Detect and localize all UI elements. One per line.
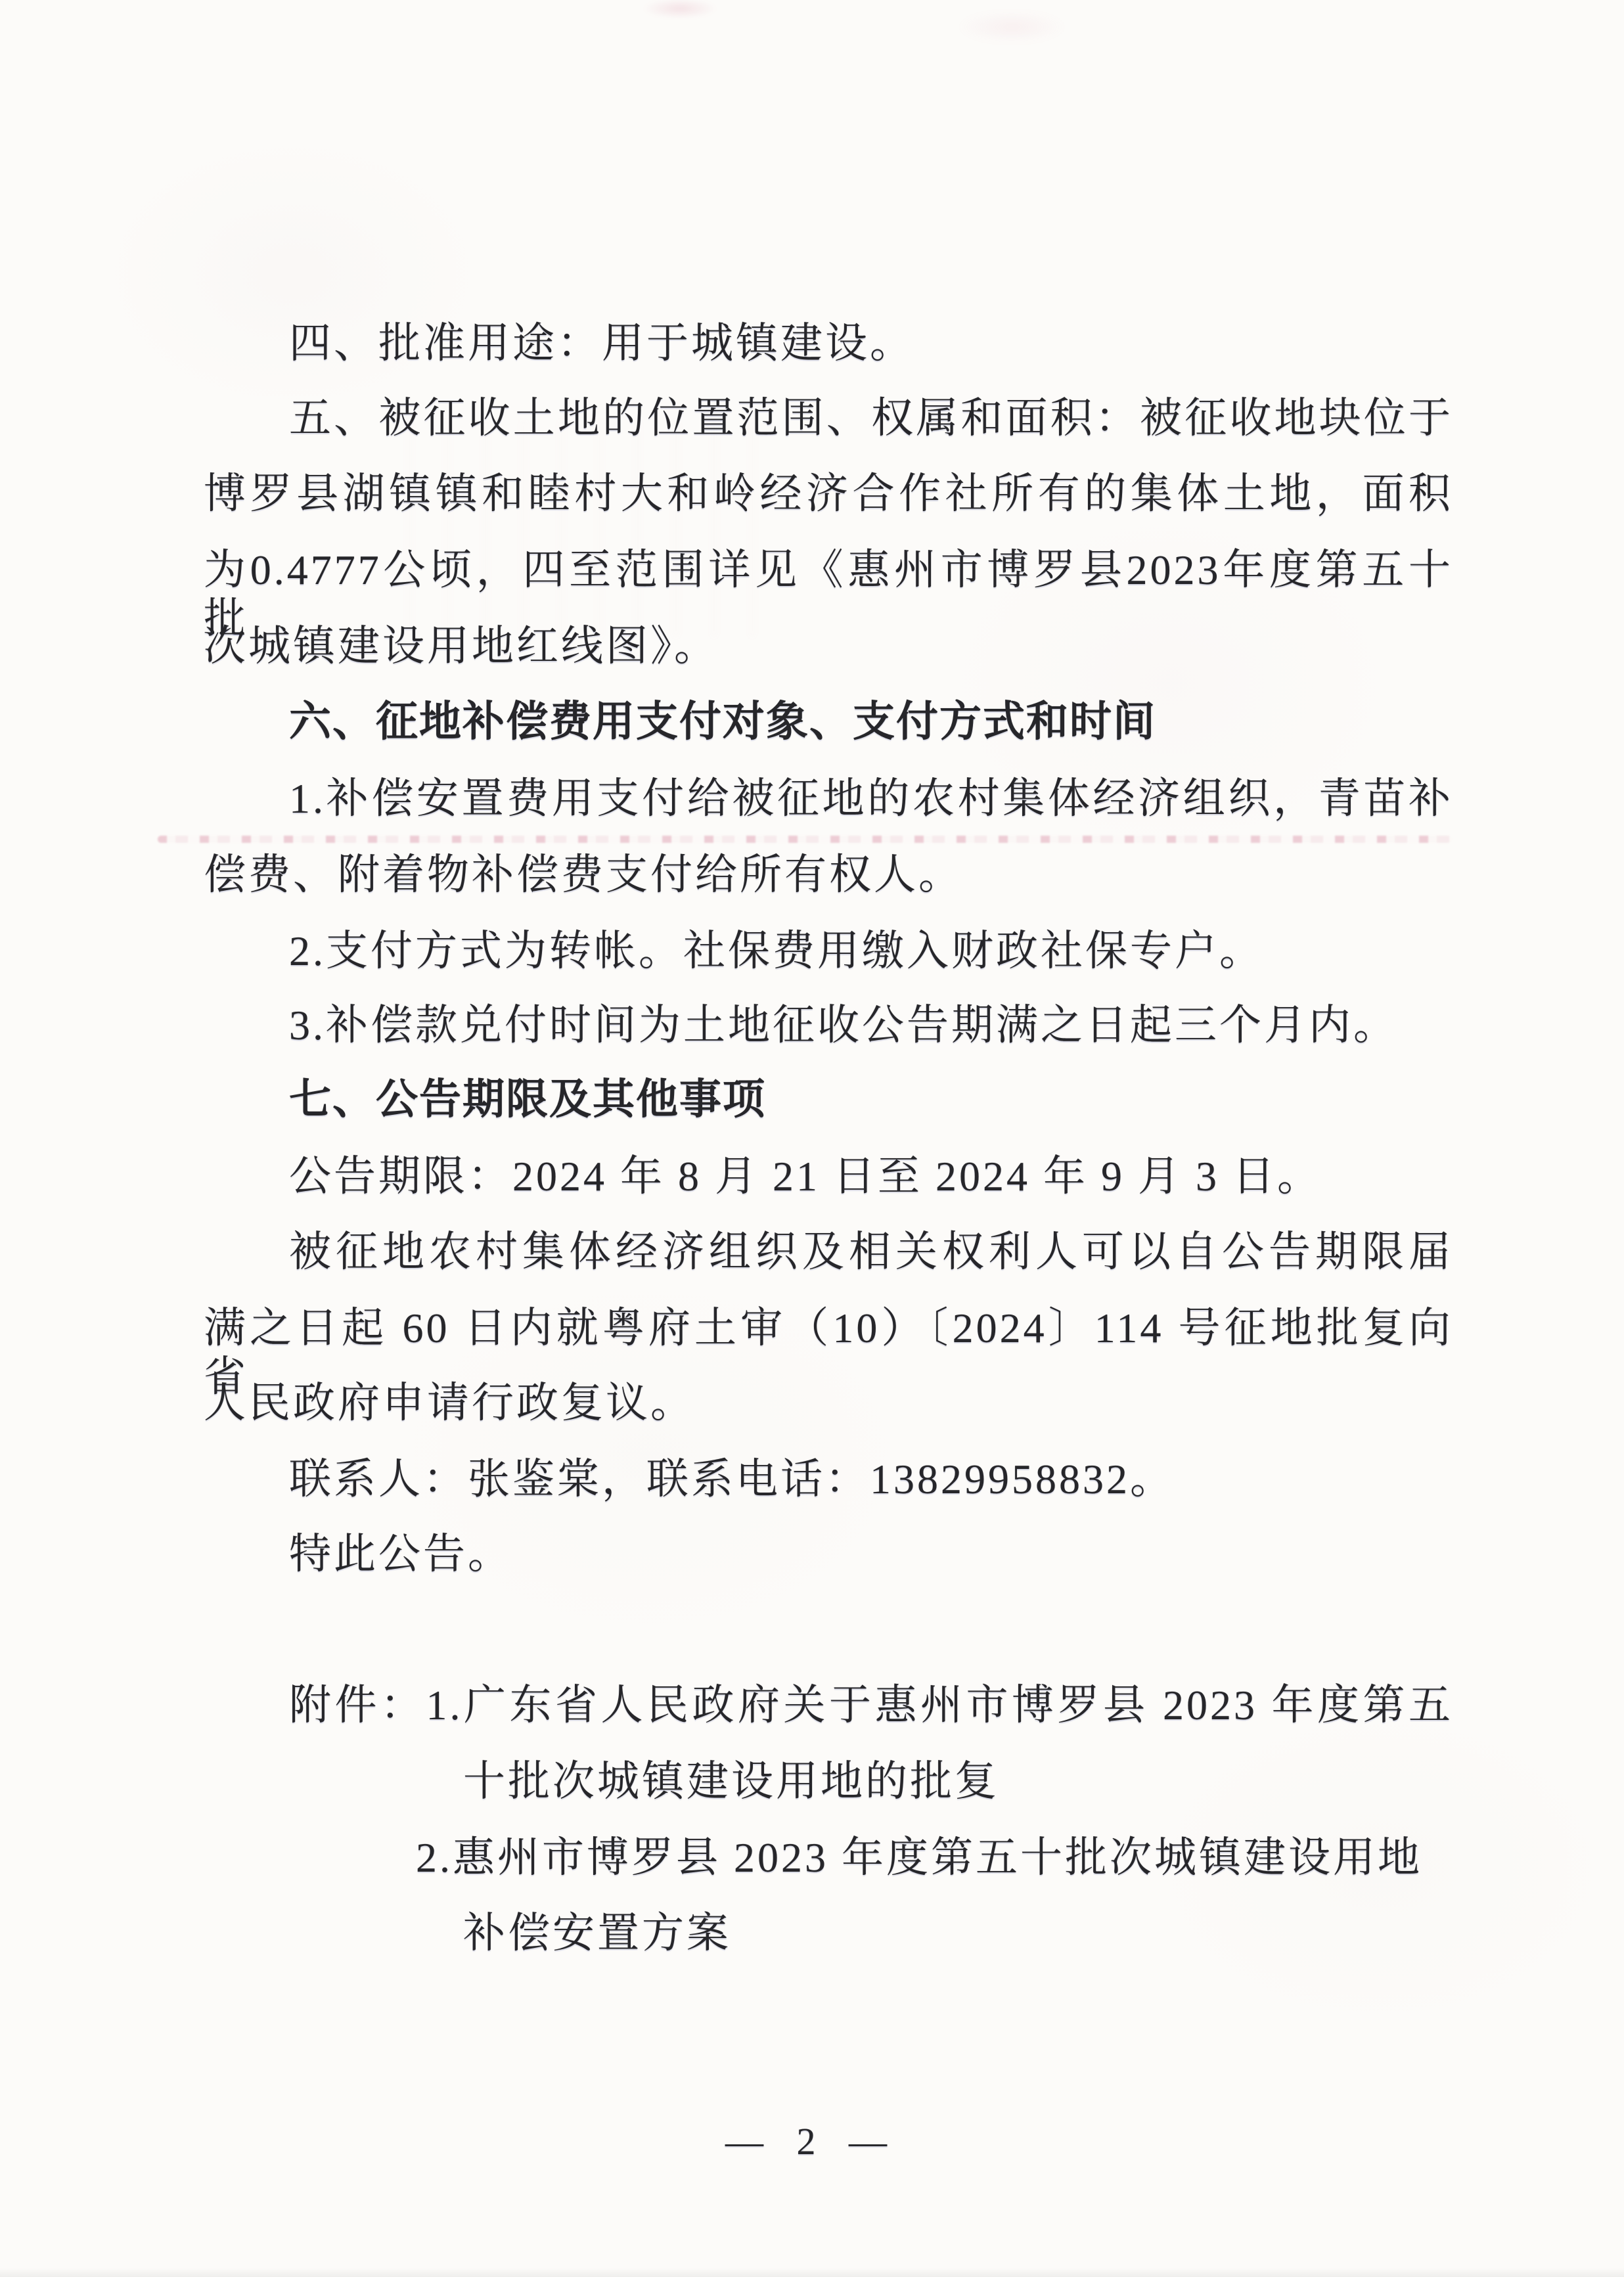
text-line: 特此公告。 [289, 1530, 1453, 1579]
text-line: 2.惠州市博罗县 2023 年度第五十批次城镇建设用地 [416, 1834, 1453, 1882]
text-line: 博罗县湖镇镇和睦村大和岭经济合作社所有的集体土地，面积 [204, 470, 1453, 518]
page-number: — 2 — [0, 2119, 1624, 2163]
text-line: 次城镇建设用地红线图》。 [204, 622, 1453, 671]
text-line: 十批次城镇建设用地的批复 [463, 1757, 1453, 1806]
stamp-bleed-smudge [631, 0, 729, 22]
text-line: 七、公告期限及其他事项 [289, 1075, 1453, 1124]
text-line: 2.支付方式为转帐。社保费用缴入财政社保专户。 [289, 927, 1453, 976]
document-page: { "page": { "paper_color": "#fcfbf9", "i… [0, 0, 1624, 2277]
text-line: 六、征地补偿费用支付对象、支付方式和时间 [289, 698, 1453, 746]
text-line: 补偿安置方案 [463, 1909, 1453, 1958]
text-line: 1.补偿安置费用支付给被征地的农村集体经济组织，青苗补 [289, 775, 1453, 823]
text-line: 公告期限：2024 年 8 月 21 日至 2024 年 9 月 3 日。 [289, 1152, 1453, 1201]
text-line: 人民政府申请行政复议。 [204, 1379, 1453, 1428]
stamp-bleed-streak [158, 836, 1452, 843]
text-line: 偿费、附着物补偿费支付给所有权人。 [204, 851, 1453, 899]
stamp-bleed-smudge [933, 4, 1091, 50]
text-line: 四、批准用途：用于城镇建设。 [289, 319, 1453, 368]
text-line: 联系人：张鉴棠，联系电话：13829958832。 [289, 1455, 1453, 1504]
text-line: 被征地农村集体经济组织及相关权利人可以自公告期限届 [289, 1228, 1453, 1276]
text-line: 3.补偿款兑付时间为土地征收公告期满之日起三个月内。 [289, 1001, 1453, 1050]
text-line: 五、被征收土地的位置范围、权属和面积：被征收地块位于 [289, 394, 1453, 443]
text-line: 附件：1.广东省人民政府关于惠州市博罗县 2023 年度第五 [289, 1681, 1453, 1730]
